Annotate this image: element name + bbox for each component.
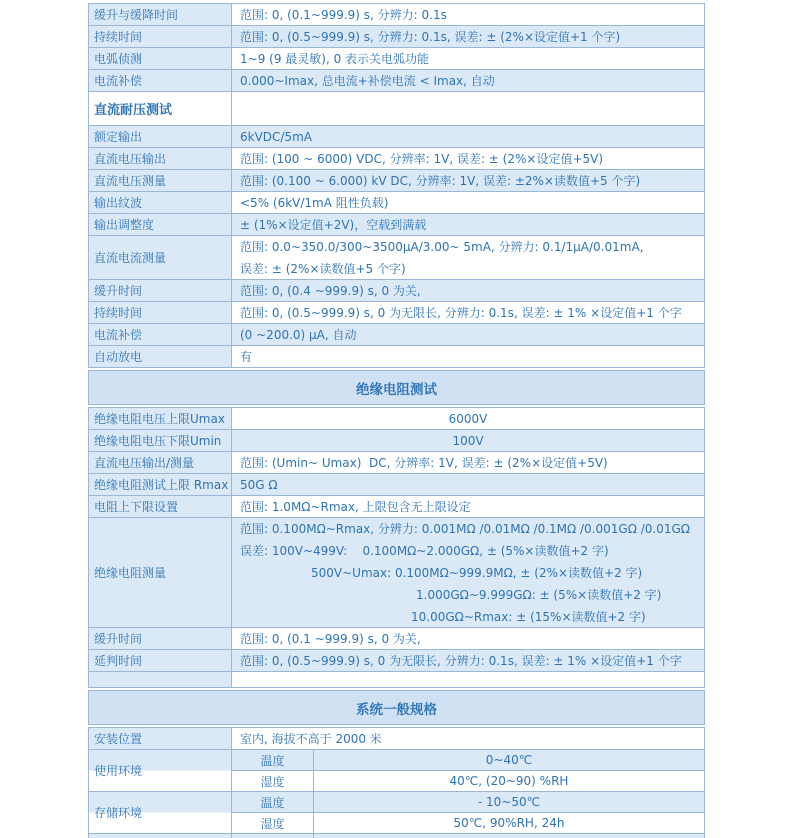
spec-label: 安装位置 — [89, 728, 232, 749]
spec-row: 直流电压测量范围: (0.100 ~ 6.000) kV DC, 分辨率: 1V… — [89, 170, 704, 192]
spec-row: 持续时间范围: 0, (0.5~999.9) s, 分辨力: 0.1s, 误差:… — [89, 26, 704, 48]
spec-value-line: 范围: 0.100MΩ~Rmax, 分辨力: 0.001MΩ /0.01MΩ /… — [240, 518, 690, 540]
spec-value: 范围: 0, (0.5~999.9) s, 0 为无限长, 分辨力: 0.1s,… — [232, 650, 704, 671]
spec-value: <5% (6kV/1mA 阻性负载) — [232, 192, 704, 213]
spec-value: 室内, 海拔不高于 2000 米 — [232, 728, 704, 749]
spec-label: 持续时间 — [89, 26, 232, 47]
section-band-title: 绝缘电阻测试 — [88, 370, 705, 405]
environment-value: - 10~50℃ — [314, 792, 704, 812]
spec-value-multiline: 范围: 0.0~350.0/300~3500μA/3.00~ 5mA, 分辨力:… — [232, 236, 704, 279]
spec-label: 电弧侦测 — [89, 48, 232, 69]
environment-sub-label: 温度 — [232, 750, 314, 770]
empty-label-cell — [89, 672, 232, 687]
table-block: 缓升与缓降时间范围: 0, (0.1~999.9) s, 分辨力: 0.1s持续… — [88, 3, 705, 368]
environment-subrows: 温度0~40℃湿度40℃, (20~90) %RH — [232, 750, 704, 791]
spec-row: 绝缘电阻电压下限Umin100V — [89, 430, 704, 452]
environment-subrow: 湿度40℃, (20~90) %RH — [232, 771, 704, 791]
spec-label: 缓升时间 — [89, 628, 232, 649]
spec-row: 绝缘电阻测试上限 Rmax50G Ω — [89, 474, 704, 496]
spec-label: 绝缘电阻电压上限Umax — [89, 408, 232, 429]
environment-value: 40℃, (20~90) %RH — [314, 771, 704, 791]
spec-label: 绝缘电阻测试上限 Rmax — [89, 474, 232, 495]
environment-sub-label: 温度 — [232, 792, 314, 812]
spec-label: 自动放电 — [89, 346, 232, 367]
environment-subrows: 温度- 10~50℃湿度50℃, 90%RH, 24h — [232, 792, 704, 833]
spec-value: 范围: 1.0MΩ~Rmax, 上限包含无上限设定 — [232, 496, 704, 517]
spec-label: 绝缘电阻测量 — [89, 518, 232, 627]
empty-value-cell — [232, 672, 704, 687]
environment-subrow: 温度- 10~50℃ — [232, 792, 704, 813]
spec-value: 6000V — [232, 408, 704, 429]
spec-value: 范围: 0, (0.4 ~999.9) s, 0 为关, — [232, 280, 704, 301]
spec-row: 电流补偿(0 ~200.0) μA, 自动 — [89, 324, 704, 346]
spec-row: 持续时间范围: 0, (0.5~999.9) s, 0 为无限长, 分辨力: 0… — [89, 302, 704, 324]
spec-label: 直流电压输出 — [89, 148, 232, 169]
spec-row: 缓升时间范围: 0, (0.1 ~999.9) s, 0 为关, — [89, 628, 704, 650]
spec-value: 0.000~Imax, 总电流+补偿电流 < Imax, 自动 — [232, 70, 704, 91]
spec-row: 额定输出6kVDC/5mA — [89, 126, 704, 148]
spec-label: 电流补偿 — [89, 70, 232, 91]
spec-value: 范围: 0, (0.5~999.9) s, 0 为无限长, 分辨力: 0.1s,… — [232, 302, 704, 323]
environment-row: 使用环境温度0~40℃湿度40℃, (20~90) %RH — [89, 750, 704, 792]
spec-value: 范围: (0.100 ~ 6.000) kV DC, 分辨率: 1V, 误差: … — [232, 170, 704, 191]
spec-value-line: 10.00GΩ~Rmax: ± (15%×读数值+2 字) — [240, 606, 646, 628]
environment-subrow: 温度0~40℃ — [232, 750, 704, 771]
spec-row: 电弧侦测1~9 (9 最灵敏), 0 表示关电弧功能 — [89, 48, 704, 70]
spec-row: 电流补偿0.000~Imax, 总电流+补偿电流 < Imax, 自动 — [89, 70, 704, 92]
spec-label: 延判时间 — [89, 650, 232, 671]
spec-value: 1~9 (9 最灵敏), 0 表示关电弧功能 — [232, 48, 704, 69]
spec-value: 范围: (100 ~ 6000) VDC, 分辨率: 1V, 误差: ± (2%… — [232, 148, 704, 169]
environment-label: 存储环境 — [89, 792, 232, 833]
spec-label: 直流电压测量 — [89, 170, 232, 191]
strip-value-cell — [314, 834, 704, 838]
empty-row — [89, 672, 704, 688]
spec-label: 额定输出 — [89, 126, 232, 147]
spec-label: 电阻上下限设置 — [89, 496, 232, 517]
spec-label: 直流电流测量 — [89, 236, 232, 279]
spec-label: 持续时间 — [89, 302, 232, 323]
spec-value: 范围: (Umin~ Umax) DC, 分辨率: 1V, 误差: ± (2%×… — [232, 452, 704, 473]
spec-row: 自动放电有 — [89, 346, 704, 368]
environment-value: 0~40℃ — [314, 750, 704, 770]
environment-value: 50℃, 90%RH, 24h — [314, 813, 704, 833]
spec-row: 安装位置室内, 海拔不高于 2000 米 — [89, 728, 704, 750]
environment-sub-label: 湿度 — [232, 813, 314, 833]
spec-value: 50G Ω — [232, 474, 704, 495]
spec-row: 缓升时间范围: 0, (0.4 ~999.9) s, 0 为关, — [89, 280, 704, 302]
spec-value-line: 误差: ± (2%×读数值+5 个字) — [240, 258, 406, 280]
spec-label: 直流电压输出/测量 — [89, 452, 232, 473]
environment-sub-label: 湿度 — [232, 771, 314, 791]
spec-value: 有 — [232, 346, 704, 367]
cut-off-row — [89, 834, 704, 838]
spec-value-multiline: 范围: 0.100MΩ~Rmax, 分辨力: 0.001MΩ /0.01MΩ /… — [232, 518, 704, 627]
spec-row: 直流电压输出范围: (100 ~ 6000) VDC, 分辨率: 1V, 误差:… — [89, 148, 704, 170]
section-title: 直流耐压测试 — [89, 92, 232, 125]
spec-value: 范围: 0, (0.5~999.9) s, 分辨力: 0.1s, 误差: ± (… — [232, 26, 704, 47]
spec-value: 范围: 0, (0.1 ~999.9) s, 0 为关, — [232, 628, 704, 649]
spec-value-line: 误差: 100V~499V: 0.100MΩ~2.000GΩ, ± (5%×读数… — [240, 540, 609, 562]
spec-label: 输出纹波 — [89, 192, 232, 213]
spec-value: 100V — [232, 430, 704, 451]
specification-table: 缓升与缓降时间范围: 0, (0.1~999.9) s, 分辨力: 0.1s持续… — [88, 3, 705, 838]
spec-row: 绝缘电阻测量范围: 0.100MΩ~Rmax, 分辨力: 0.001MΩ /0.… — [89, 518, 704, 628]
environment-label: 使用环境 — [89, 750, 232, 791]
spec-row: 电阻上下限设置范围: 1.0MΩ~Rmax, 上限包含无上限设定 — [89, 496, 704, 518]
spec-value-line: 1.000GΩ~9.999GΩ: ± (5%×读数值+2 字) — [240, 584, 661, 606]
spec-label: 输出调整度 — [89, 214, 232, 235]
spec-row: 缓升与缓降时间范围: 0, (0.1~999.9) s, 分辨力: 0.1s — [89, 4, 704, 26]
environment-subrow: 湿度50℃, 90%RH, 24h — [232, 813, 704, 833]
spec-row: 延判时间范围: 0, (0.5~999.9) s, 0 为无限长, 分辨力: 0… — [89, 650, 704, 672]
spec-value: 6kVDC/5mA — [232, 126, 704, 147]
spec-label: 电流补偿 — [89, 324, 232, 345]
section-band-title: 系统一般规格 — [88, 690, 705, 725]
spec-row: 输出调整度± (1%×设定值+2V)，空载到满载 — [89, 214, 704, 236]
spec-label: 缓升时间 — [89, 280, 232, 301]
spec-row: 输出纹波<5% (6kV/1mA 阻性负载) — [89, 192, 704, 214]
spec-value-line: 范围: 0.0~350.0/300~3500μA/3.00~ 5mA, 分辨力:… — [240, 236, 643, 258]
spec-value: 范围: 0, (0.1~999.9) s, 分辨力: 0.1s — [232, 4, 704, 25]
environment-row: 存储环境温度- 10~50℃湿度50℃, 90%RH, 24h — [89, 792, 704, 834]
spec-label: 缓升与缓降时间 — [89, 4, 232, 25]
spec-row: 直流电流测量范围: 0.0~350.0/300~3500μA/3.00~ 5mA… — [89, 236, 704, 280]
table-block: 绝缘电阻电压上限Umax6000V绝缘电阻电压下限Umin100V直流电压输出/… — [88, 407, 705, 688]
strip-sub-cell — [232, 834, 314, 838]
spec-value: (0 ~200.0) μA, 自动 — [232, 324, 704, 345]
table-block: 安装位置室内, 海拔不高于 2000 米使用环境温度0~40℃湿度40℃, (2… — [88, 727, 705, 838]
spec-row: 绝缘电阻电压上限Umax6000V — [89, 408, 704, 430]
section-empty-value — [232, 92, 704, 125]
spec-value: ± (1%×设定值+2V)，空载到满载 — [232, 214, 704, 235]
spec-row: 直流电压输出/测量范围: (Umin~ Umax) DC, 分辨率: 1V, 误… — [89, 452, 704, 474]
spec-label: 绝缘电阻电压下限Umin — [89, 430, 232, 451]
strip-label-cell — [89, 834, 232, 838]
section-title-row: 直流耐压测试 — [89, 92, 704, 126]
spec-value-line: 500V~Umax: 0.100MΩ~999.9MΩ, ± (2%×读数值+2 … — [240, 562, 642, 584]
